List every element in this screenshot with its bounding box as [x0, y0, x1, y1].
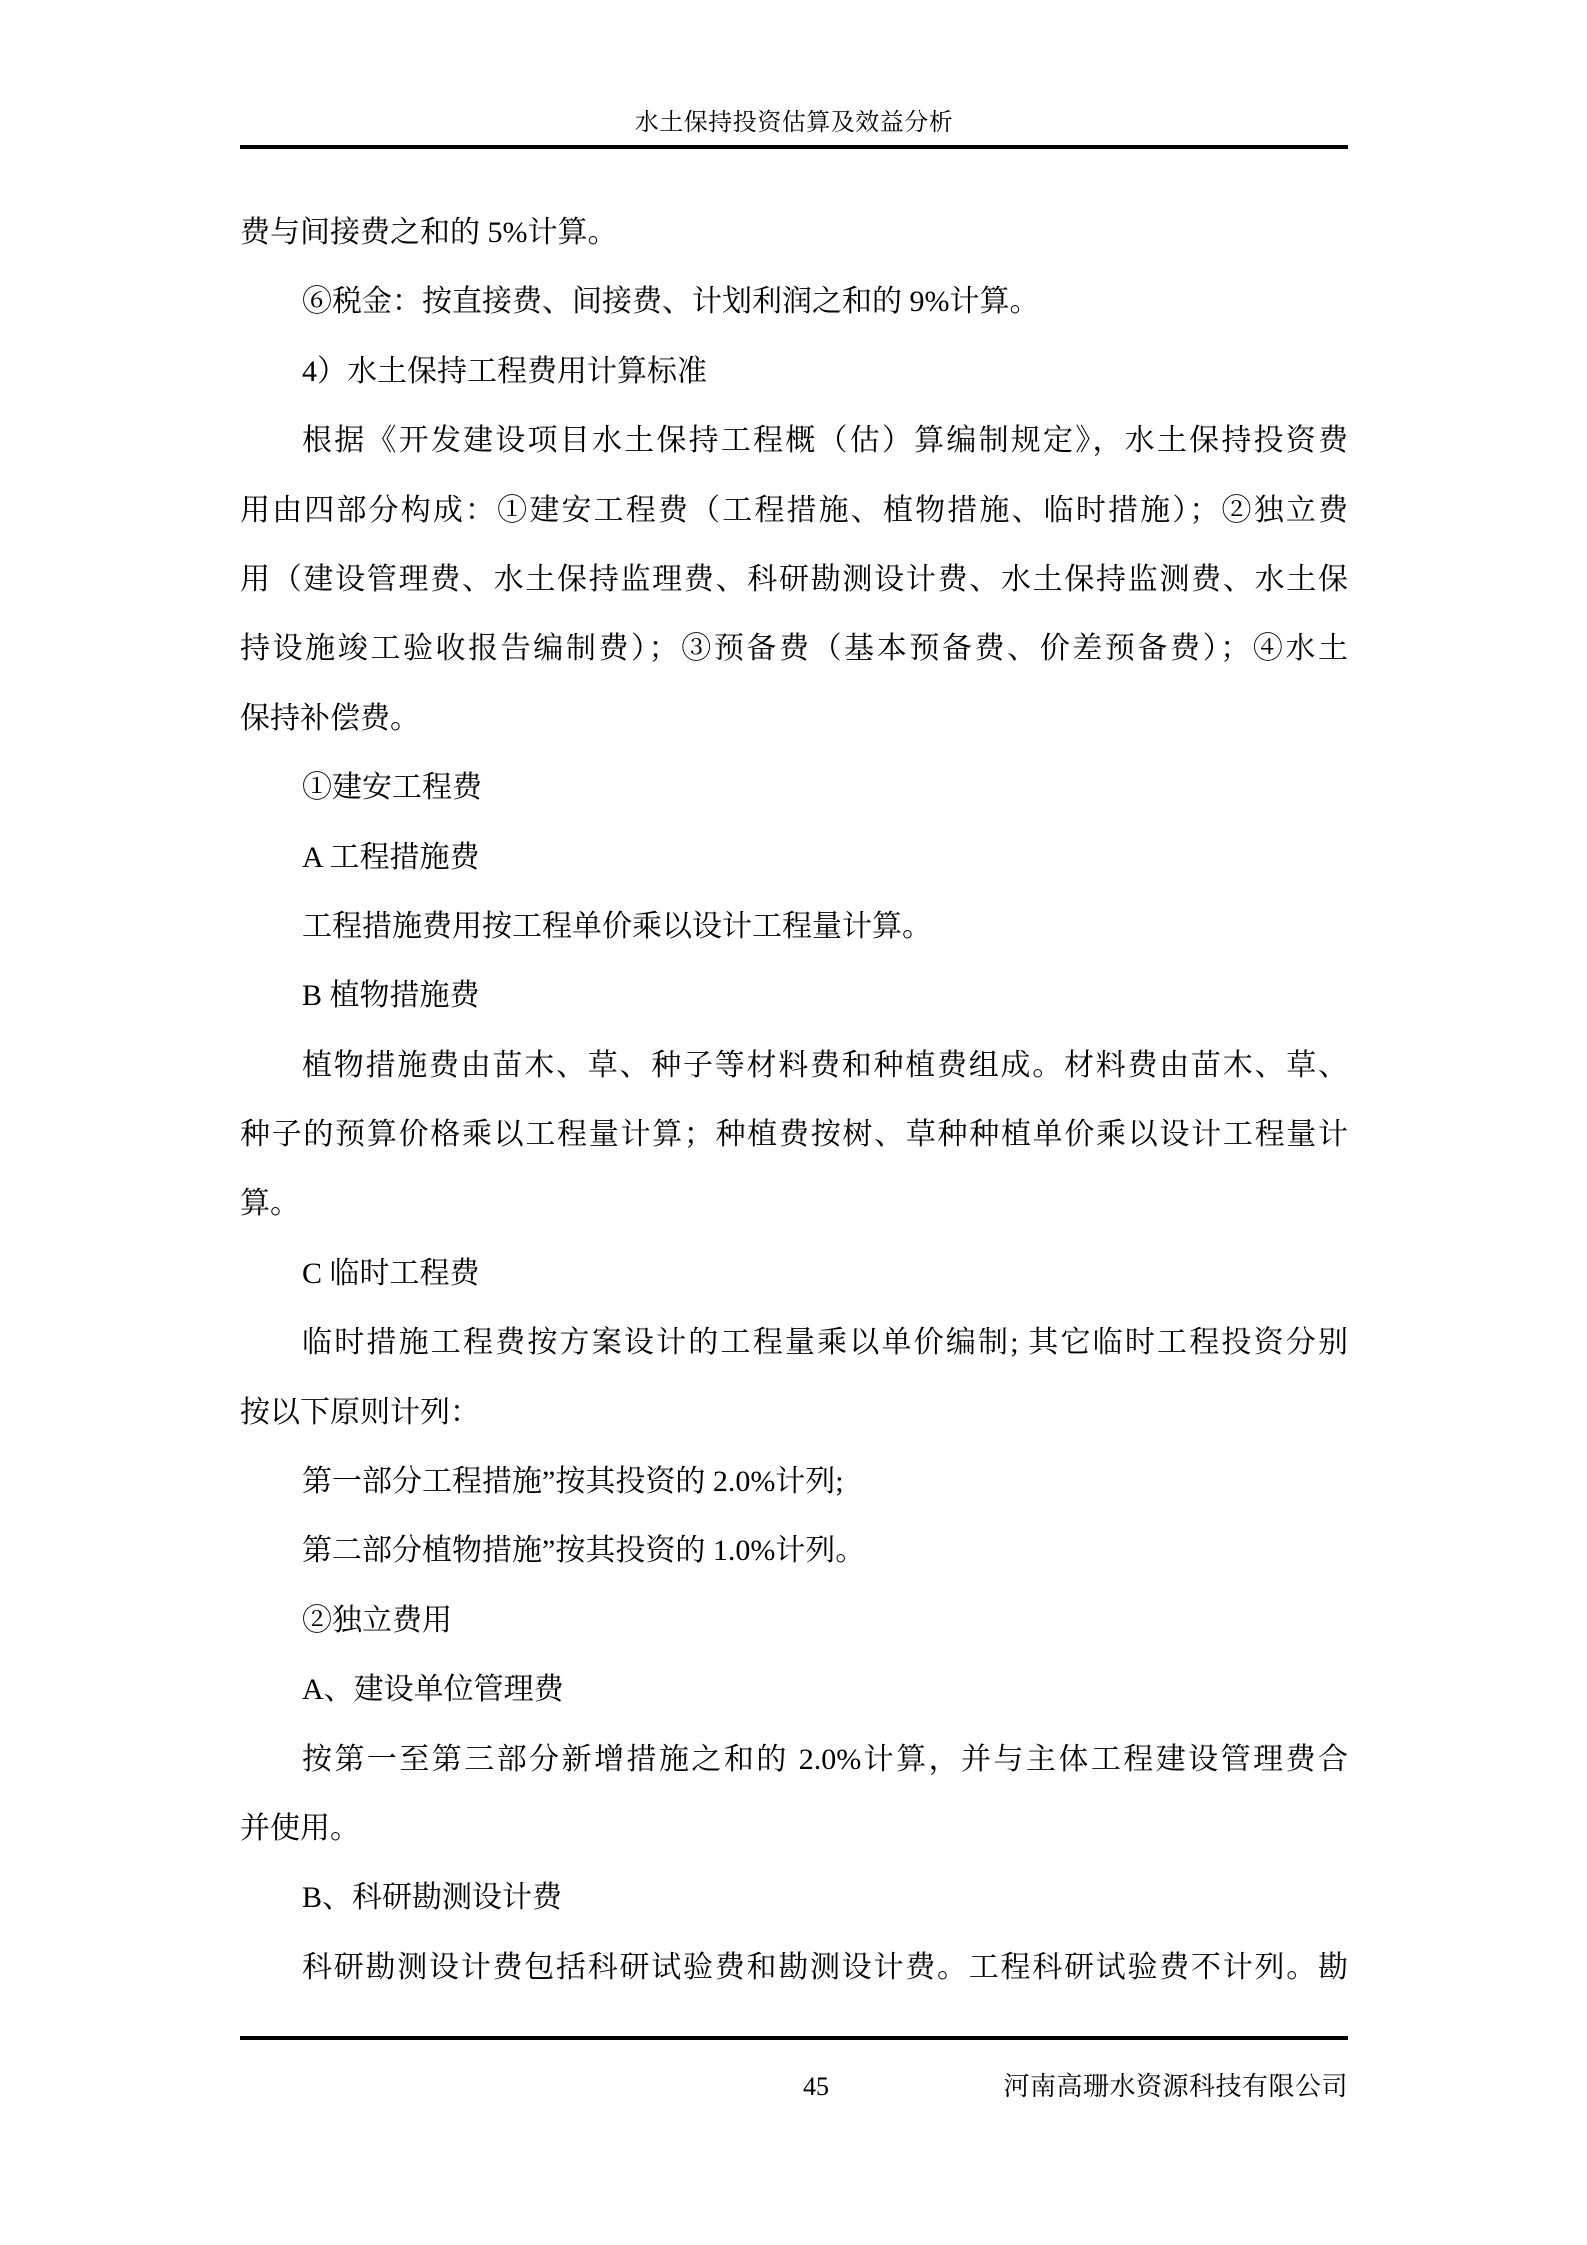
- body-line: 按以下原则计列：: [240, 1378, 1348, 1447]
- page-header-title: 水土保持投资估算及效益分析: [240, 106, 1348, 140]
- body-line: C 临时工程费: [240, 1239, 1348, 1308]
- body-line: 4）水土保持工程费用计算标准: [240, 337, 1348, 406]
- body-line: 费与间接费之和的 5%计算。: [240, 198, 1348, 267]
- body-line: 根据《开发建设项目水土保持工程概（估）算编制规定》，水土保持投资费: [240, 406, 1348, 475]
- body-line: 并使用。: [240, 1794, 1348, 1863]
- body-line: 工程措施费用按工程单价乘以设计工程量计算。: [240, 892, 1348, 961]
- body-line: ①建安工程费: [240, 753, 1348, 822]
- header-divider: [240, 145, 1348, 149]
- body-line: A 工程措施费: [240, 823, 1348, 892]
- body-line: ⑥税金：按直接费、间接费、计划利润之和的 9%计算。: [240, 267, 1348, 336]
- body-line: 保持补偿费。: [240, 684, 1348, 753]
- body-line: B 植物措施费: [240, 961, 1348, 1030]
- body-line: 科研勘测设计费包括科研试验费和勘测设计费。工程科研试验费不计列。勘: [240, 1933, 1348, 2002]
- footer-divider: [240, 2036, 1348, 2040]
- body-line: 持设施竣工验收报告编制费）；③预备费（基本预备费、价差预备费）；④水土: [240, 614, 1348, 683]
- body-line: 种子的预算价格乘以工程量计算；种植费按树、草种种植单价乘以设计工程量计: [240, 1100, 1348, 1169]
- body-line: A、建设单位管理费: [240, 1655, 1348, 1724]
- body-line: 第一部分工程措施”按其投资的 2.0%计列;: [240, 1447, 1348, 1516]
- body-text: 费与间接费之和的 5%计算。⑥税金：按直接费、间接费、计划利润之和的 9%计算。…: [240, 198, 1348, 2002]
- body-line: 按第一至第三部分新增措施之和的 2.0%计算，并与主体工程建设管理费合: [240, 1725, 1348, 1794]
- body-line: 临时措施工程费按方案设计的工程量乘以单价编制; 其它临时工程投资分别: [240, 1308, 1348, 1377]
- footer-company-name: 河南高珊水资源科技有限公司: [1003, 2068, 1348, 2106]
- body-line: 植物措施费由苗木、草、种子等材料费和种植费组成。材料费由苗木、草、: [240, 1031, 1348, 1100]
- body-line: ②独立费用: [240, 1586, 1348, 1655]
- body-line: 算。: [240, 1169, 1348, 1238]
- body-line: 用（建设管理费、水土保持监理费、科研勘测设计费、水土保持监测费、水土保: [240, 545, 1348, 614]
- body-line: 第二部分植物措施”按其投资的 1.0%计列。: [240, 1516, 1348, 1585]
- body-line: 用由四部分构成：①建安工程费（工程措施、植物措施、临时措施）；②独立费: [240, 476, 1348, 545]
- document-page: 水土保持投资估算及效益分析 费与间接费之和的 5%计算。⑥税金：按直接费、间接费…: [0, 0, 1587, 2245]
- body-line: B、科研勘测设计费: [240, 1863, 1348, 1932]
